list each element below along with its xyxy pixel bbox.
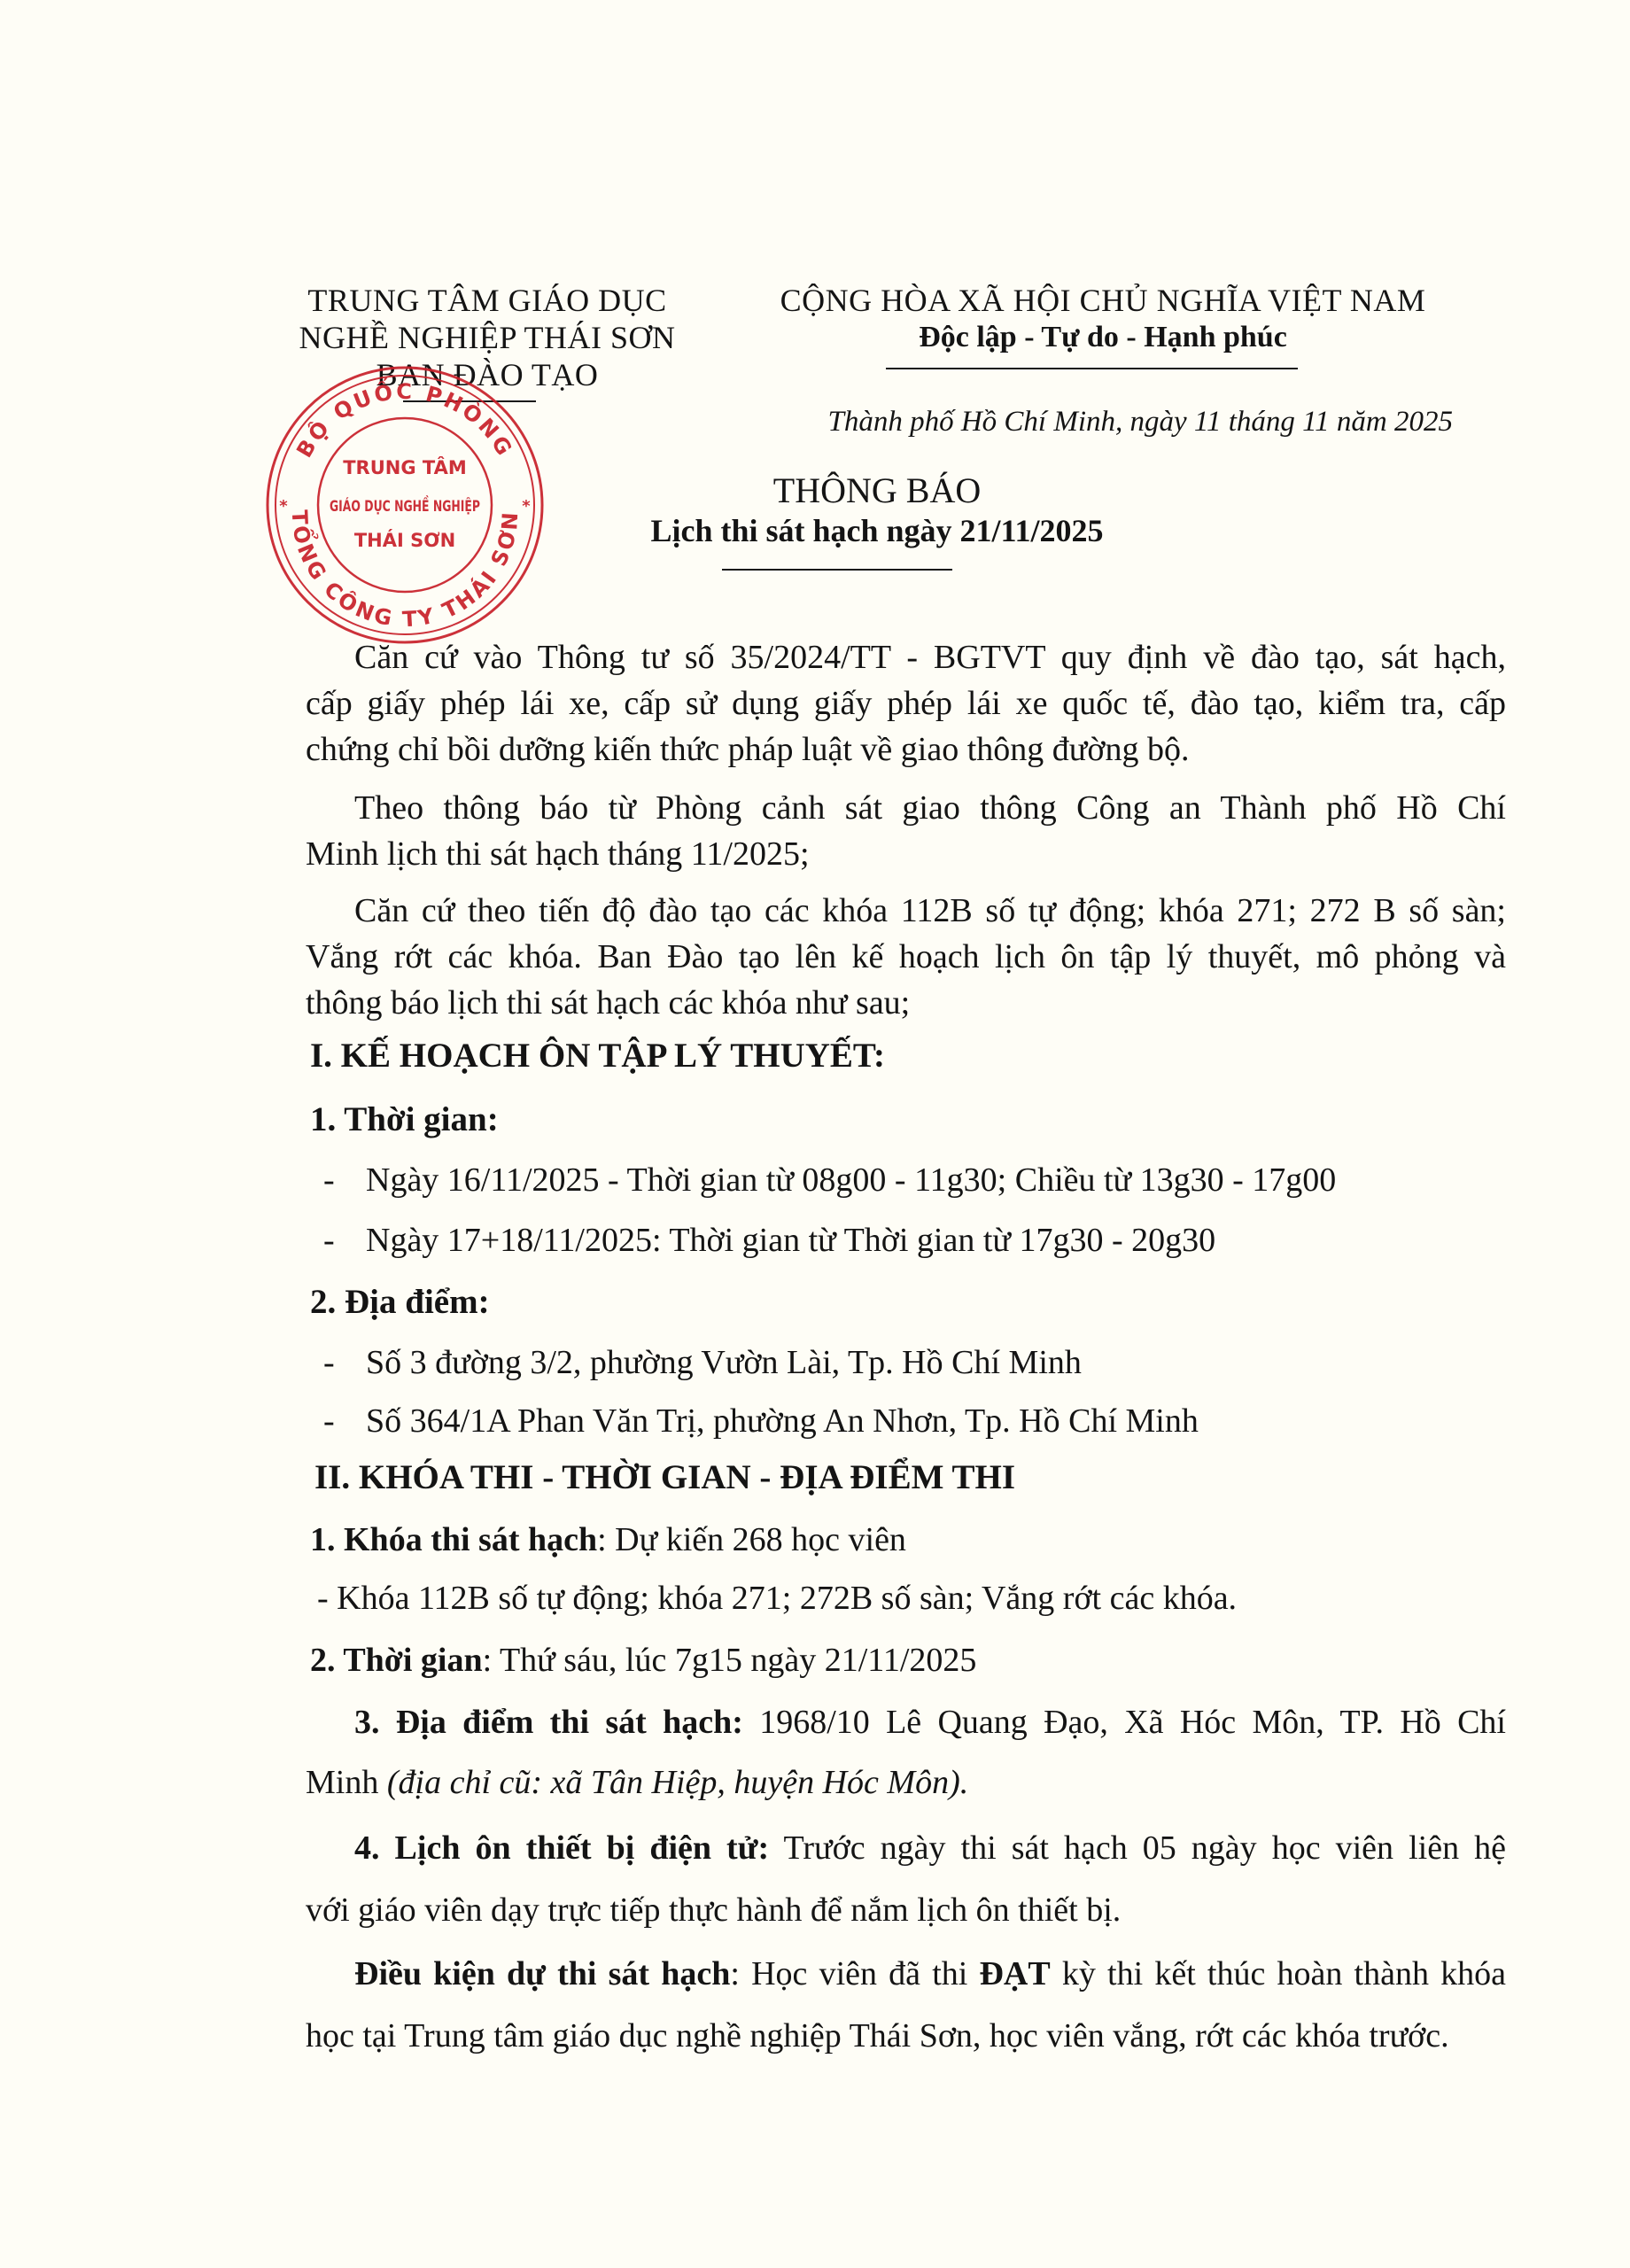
exam-course-line: 1. Khóa thi sát hạch: Dự kiến 268 học vi… [310, 1518, 1510, 1561]
svg-text:*: * [522, 497, 531, 516]
section-1-place-label: 2. Địa điểm: [310, 1281, 1510, 1324]
section-1-heading: I. KẾ HOẠCH ÔN TẬP LÝ THUYẾT: [310, 1035, 1510, 1077]
paragraph-legal-basis-line: Căn cứ vào Thông tư số 35/2024/TT - BGTV… [354, 636, 1506, 679]
svg-text:GIÁO DỤC NGHỀ NGHIỆP: GIÁO DỤC NGHỀ NGHIỆP [330, 494, 480, 516]
paragraph-police-notice-line: Theo thông báo từ Phòng cảnh sát giao th… [354, 787, 1506, 829]
paragraph-legal-basis-line: chứng chỉ bồi dưỡng kiến thức pháp luật … [306, 728, 1506, 771]
paragraph-progress-line: thông báo lịch thi sát hạch các khóa như… [306, 982, 1506, 1024]
device-review-line: với giáo viên dạy trực tiếp thực hành để… [306, 1889, 1506, 1931]
exam-condition-line: học tại Trung tâm giáo dục nghề nghiệp T… [306, 2015, 1506, 2057]
svg-text:*: * [279, 497, 288, 516]
exam-location-line: Minh (địa chỉ cũ: xã Tân Hiệp, huyện Hóc… [306, 1761, 1506, 1804]
paragraph-police-notice-line: Minh lịch thi sát hạch tháng 11/2025; [306, 833, 1506, 875]
place-date: Thành phố Hồ Chí Minh, ngày 11 tháng 11 … [726, 406, 1453, 439]
place-item: -Số 364/1A Phan Văn Trị, phường An Nhơn,… [323, 1400, 1524, 1442]
section-1-time-label: 1. Thời gian: [310, 1099, 1510, 1141]
paragraph-progress-line: Vắng rớt các khóa. Ban Đào tạo lên kế ho… [306, 936, 1506, 978]
title-underline [722, 569, 952, 571]
device-review-line: 4. Lịch ôn thiết bị điện tử: Trước ngày … [354, 1827, 1506, 1869]
section-2-heading: II. KHÓA THI - THỜI GIAN - ĐỊA ĐIỂM THI [314, 1456, 1515, 1499]
svg-text:TRUNG TÂM: TRUNG TÂM [343, 456, 467, 478]
time-item: -Ngày 17+18/11/2025: Thời gian từ Thời g… [323, 1219, 1524, 1262]
svg-text:THÁI SƠN: THÁI SƠN [354, 529, 455, 551]
exam-location-line: 3. Địa điểm thi sát hạch: 1968/10 Lê Qua… [354, 1701, 1506, 1744]
paragraph-progress-line: Căn cứ theo tiến độ đào tạo các khóa 112… [354, 889, 1506, 932]
paragraph-legal-basis-line: cấp giấy phép lái xe, cấp sử dụng giấy p… [306, 682, 1506, 725]
org-name-line2: NGHỀ NGHIỆP THÁI SƠN [266, 319, 709, 356]
time-item: -Ngày 16/11/2025 - Thời gian từ 08g00 - … [323, 1159, 1524, 1201]
document-title: THÔNG BÁO [620, 470, 1134, 511]
national-motto: Độc lập - Tự do - Hạnh phúc [735, 321, 1471, 354]
place-item: -Số 3 đường 3/2, phường Vườn Lài, Tp. Hồ… [323, 1341, 1524, 1384]
exam-course-detail: - Khóa 112B số tự động; khóa 271; 272B s… [317, 1577, 1517, 1619]
exam-time-line: 2. Thời gian: Thứ sáu, lúc 7g15 ngày 21/… [310, 1639, 1510, 1682]
exam-condition-line: Điều kiện dự thi sát hạch: Học viên đã t… [354, 1953, 1506, 1995]
document-subtitle: Lịch thi sát hạch ngày 21/11/2025 [532, 512, 1222, 549]
org-name-line1: TRUNG TÂM GIÁO DỤC [266, 282, 709, 319]
official-stamp-icon: BỘ QUỐC PHÒNG TỔNG CÔNG TY THÁI SƠN TRUN… [259, 359, 551, 651]
national-title: CỘNG HÒA XÃ HỘI CHỦ NGHĨA VIỆT NAM [735, 282, 1471, 319]
motto-underline [886, 368, 1298, 369]
